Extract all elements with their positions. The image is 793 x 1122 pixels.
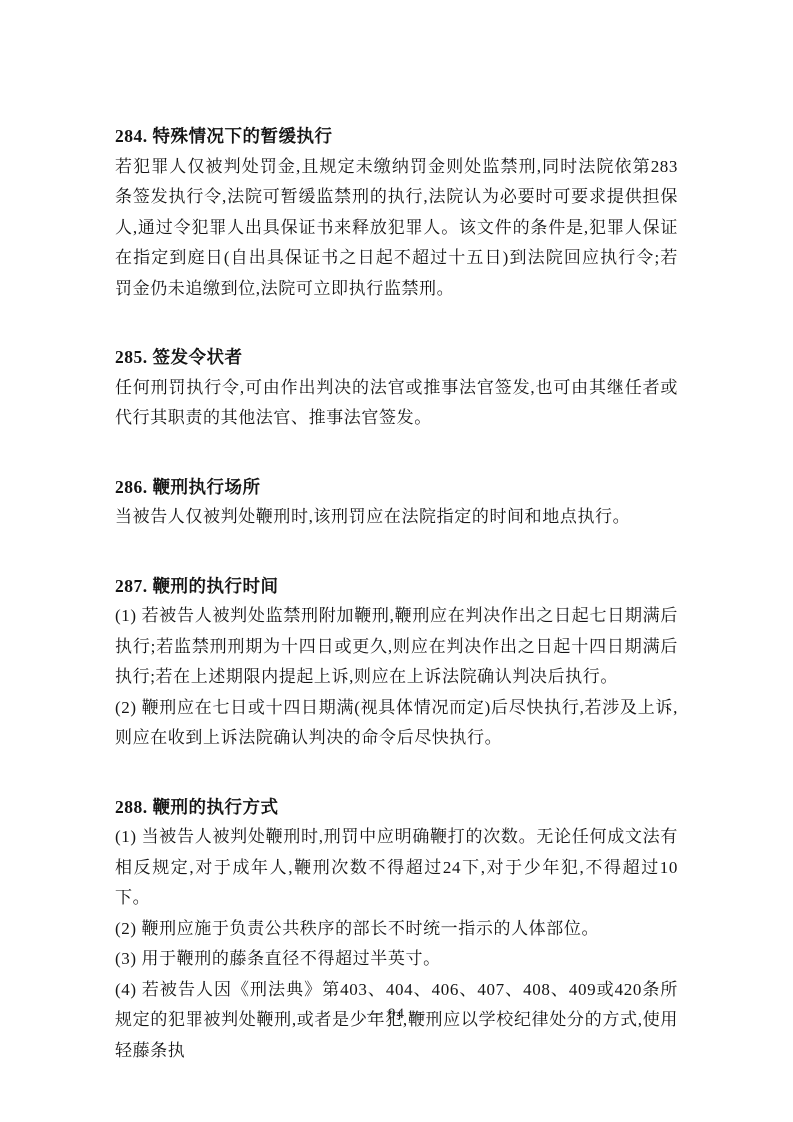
section-284-paragraph-1: 若犯罪人仅被判处罚金,且规定未缴纳罚金则处监禁刑,同时法院依第283条签发执行令… xyxy=(115,152,678,305)
section-287-paragraph-2: (2) 鞭刑应在七日或十四日期满(视具体情况而定)后尽快执行,若涉及上诉,则应在… xyxy=(115,693,678,754)
section-287: 287. 鞭刑的执行时间 (1) 若被告人被判处监禁刑附加鞭刑,鞭刑应在判决作出… xyxy=(115,571,678,754)
page-number: — 94 — xyxy=(0,1006,793,1023)
section-287-heading: 287. 鞭刑的执行时间 xyxy=(115,571,678,602)
section-285: 285. 签发令状者 任何刑罚执行令,可由作出判决的法官或推事法官签发,也可由其… xyxy=(115,342,678,434)
section-288-paragraph-1: (1) 当被告人被判处鞭刑时,刑罚中应明确鞭打的次数。无论任何成文法有相反规定,… xyxy=(115,822,678,914)
section-286-paragraph-1: 当被告人仅被判处鞭刑时,该刑罚应在法院指定的时间和地点执行。 xyxy=(115,502,678,533)
section-288-paragraph-2: (2) 鞭刑应施于负责公共秩序的部长不时统一指示的人体部位。 xyxy=(115,914,678,945)
section-284: 284. 特殊情况下的暂缓执行 若犯罪人仅被判处罚金,且规定未缴纳罚金则处监禁刑… xyxy=(115,121,678,304)
section-288: 288. 鞭刑的执行方式 (1) 当被告人被判处鞭刑时,刑罚中应明确鞭打的次数。… xyxy=(115,792,678,1067)
section-286-heading: 286. 鞭刑执行场所 xyxy=(115,472,678,503)
section-285-heading: 285. 签发令状者 xyxy=(115,342,678,373)
section-284-heading: 284. 特殊情况下的暂缓执行 xyxy=(115,121,678,152)
section-285-paragraph-1: 任何刑罚执行令,可由作出判决的法官或推事法官签发,也可由其继任者或代行其职责的其… xyxy=(115,373,678,434)
section-288-heading: 288. 鞭刑的执行方式 xyxy=(115,792,678,823)
section-286: 286. 鞭刑执行场所 当被告人仅被判处鞭刑时,该刑罚应在法院指定的时间和地点执… xyxy=(115,472,678,533)
document-page: 284. 特殊情况下的暂缓执行 若犯罪人仅被判处罚金,且规定未缴纳罚金则处监禁刑… xyxy=(0,0,793,1122)
section-287-paragraph-1: (1) 若被告人被判处监禁刑附加鞭刑,鞭刑应在判决作出之日起七日期满后执行;若监… xyxy=(115,601,678,693)
section-288-paragraph-3: (3) 用于鞭刑的藤条直径不得超过半英寸。 xyxy=(115,944,678,975)
